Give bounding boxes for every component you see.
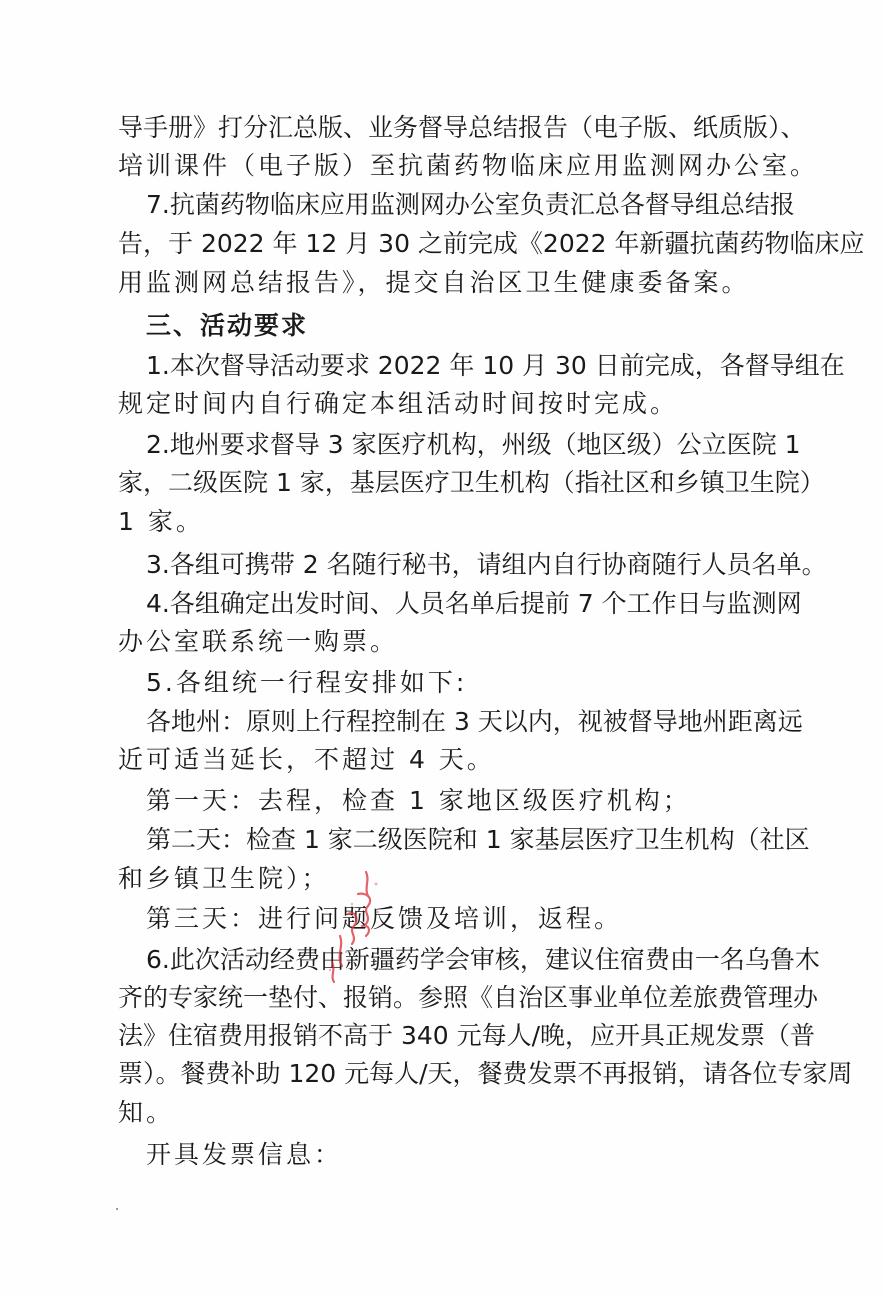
text-line: 4.各组确定出发时间、人员名单后提前 7 个工作日与监测网 bbox=[146, 586, 782, 622]
text-line: 第三天：进行问题反馈及培训，返程。 bbox=[146, 901, 782, 937]
text-line: 近可适当延长，不超过 4 天。 bbox=[118, 742, 782, 778]
text-line: 6.此次活动经费由新疆药学会审核，建议住宿费由一名乌鲁木 bbox=[146, 942, 782, 978]
text-line: 导手册》打分汇总版、业务督导总结报告（电子版、纸质版）、 bbox=[118, 110, 782, 146]
scan-speck bbox=[116, 1208, 118, 1210]
text-line: 各地州：原则上行程控制在 3 天以内，视被督导地州距离远 bbox=[146, 704, 782, 740]
section-heading: 三、活动要求 bbox=[146, 308, 782, 344]
text-line: 家，二级医院 1 家，基层医疗卫生机构（指社区和乡镇卫生院） bbox=[118, 465, 782, 501]
text-line: 规定时间内自行确定本组活动时间按时完成。 bbox=[118, 386, 782, 422]
text-line: 办公室联系统一购票。 bbox=[118, 624, 782, 660]
text-line: 法》住宿费用报销不高于 340 元每人/晚，应开具正规发票（普 bbox=[118, 1018, 782, 1054]
text-line: 5.各组统一行程安排如下: bbox=[146, 665, 782, 701]
text-line: 票）。餐费补助 120 元每人/天，餐费发票不再报销，请各位专家周 bbox=[118, 1056, 782, 1092]
text-line: 培训课件（电子版）至抗菌药物临床应用监测网办公室。 bbox=[118, 148, 782, 184]
text-line: 2.地州要求督导 3 家医疗机构，州级（地区级）公立医院 1 bbox=[146, 427, 782, 463]
text-line: 知。 bbox=[118, 1095, 782, 1131]
text-line: 第二天：检查 1 家二级医院和 1 家基层医疗卫生机构（社区 bbox=[146, 822, 782, 858]
text-line: 7.抗菌药物临床应用监测网办公室负责汇总各督导组总结报 bbox=[146, 187, 782, 223]
text-line: 告，于 2022 年 12 月 30 之前完成《2022 年新疆抗菌药物临床应 bbox=[118, 226, 782, 262]
text-line: 第一天：去程，检查 1 家地区级医疗机构； bbox=[146, 783, 782, 819]
text-line: 1 家。 bbox=[118, 504, 782, 540]
text-line: 1.本次督导活动要求 2022 年 10 月 30 日前完成，各督导组在 bbox=[146, 348, 782, 384]
text-line: 和乡镇卫生院）； bbox=[118, 861, 782, 897]
text-line: 开具发票信息： bbox=[146, 1137, 782, 1173]
document-page: 导手册》打分汇总版、业务督导总结报告（电子版、纸质版）、 培训课件（电子版）至抗… bbox=[0, 0, 884, 1296]
text-line: 3.各组可携带 2 名随行秘书，请组内自行协商随行人员名单。 bbox=[146, 547, 782, 583]
text-line: 用监测网总结报告》，提交自治区卫生健康委备案。 bbox=[118, 265, 782, 301]
text-line: 齐的专家统一垫付、报销。参照《自治区事业单位差旅费管理办 bbox=[118, 980, 782, 1016]
